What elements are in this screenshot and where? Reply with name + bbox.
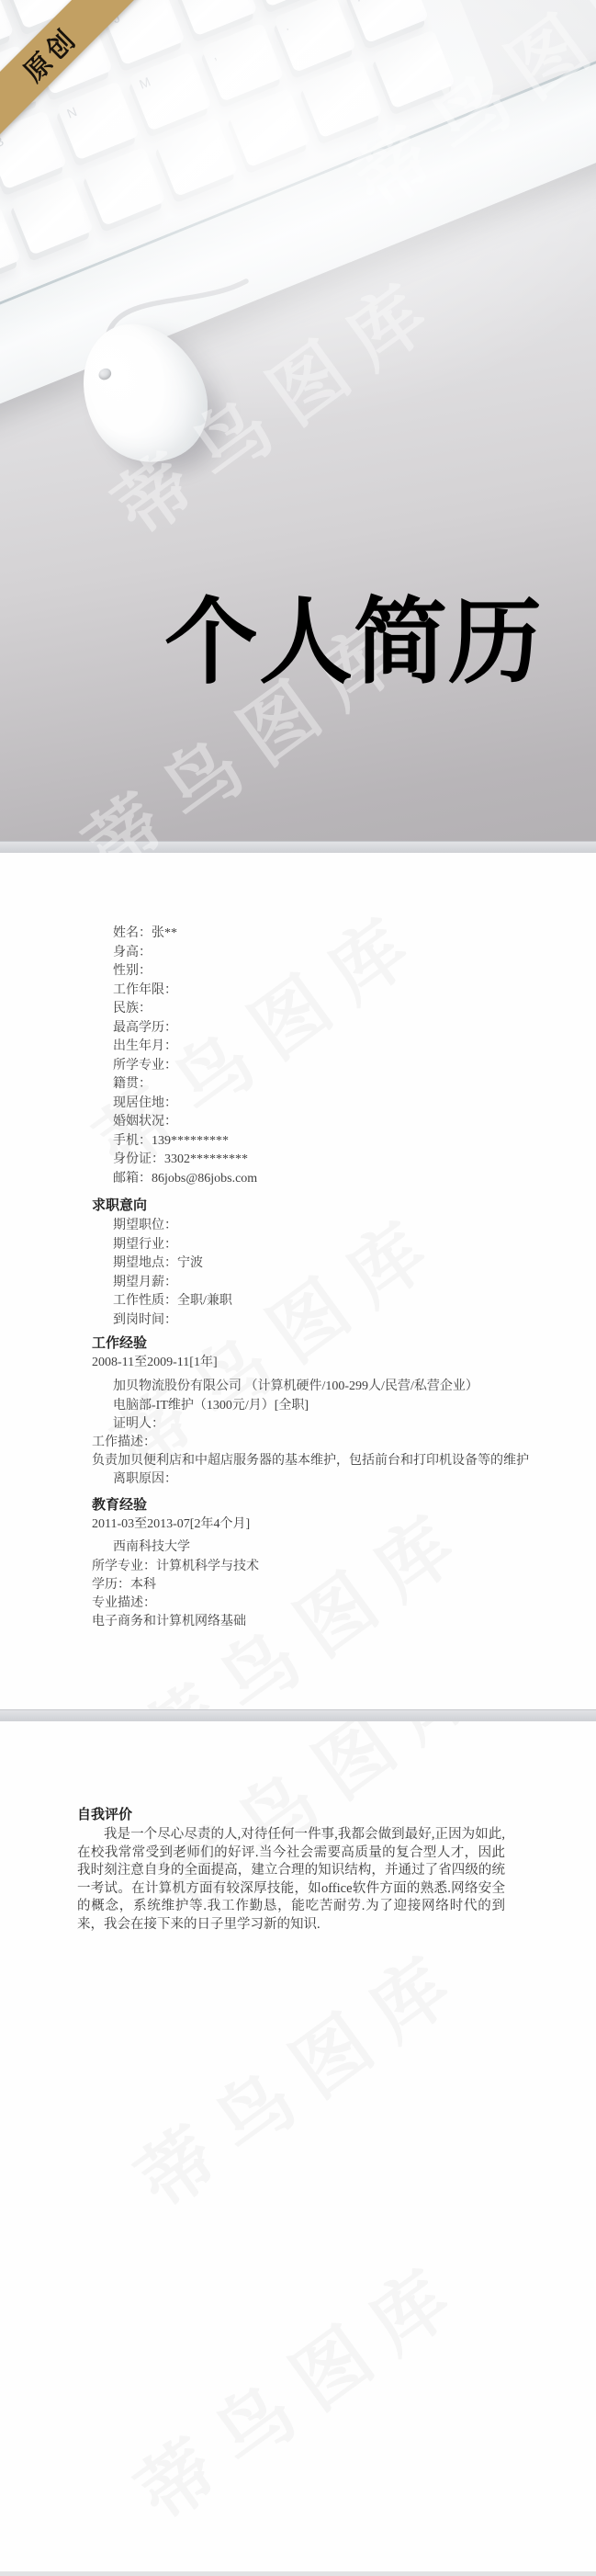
work-experience-period: 2008-11至2009-11[1年] — [92, 1354, 218, 1373]
personal-info-line: 民族： — [113, 1000, 257, 1019]
work-experience-company: 加贝物流股份有限公司 （计算机硬件/100-299人/民营/私营企业） — [113, 1378, 478, 1397]
personal-info-line: 邮箱：86jobs@86jobs.com — [113, 1170, 257, 1189]
work-description-label: 工作描述： — [92, 1434, 156, 1453]
page-divider — [0, 1709, 596, 1721]
personal-info-line: 现居住地： — [113, 1095, 257, 1114]
personal-info-line: 工作年限： — [113, 982, 257, 1001]
resume-page-2: 蒂鸟图库 蒂鸟图库 蒂鸟图库 自我评价 我是一个尽心尽责的人,对待任何一件事,我… — [0, 1721, 596, 2576]
work-experience-reference: 证明人： — [113, 1415, 164, 1435]
job-intention-header: 求职意向 — [92, 1197, 147, 1215]
keyboard-key — [83, 147, 166, 226]
keyboard-key — [299, 59, 383, 138]
personal-info-line: 出生年月： — [113, 1038, 257, 1057]
keyboard-key: , — [201, 23, 285, 102]
page-bottom-edge — [0, 2571, 596, 2576]
resume-template-page: 1234567890 QWERTYUIOP ASDFGHJKL; ZXCVBNM… — [0, 0, 596, 2576]
major-description: 电子商务和计算机网络基础 — [92, 1613, 246, 1632]
education-period: 2011-03至2013-07[2年4个月] — [92, 1515, 250, 1535]
education-major: 所学专业：计算机科学与技术 — [92, 1558, 259, 1577]
watermark: 蒂鸟图库 — [117, 1477, 489, 1709]
keyboard-key — [372, 29, 455, 108]
job-intention-line: 期望地点：宁波 — [113, 1254, 232, 1274]
personal-info-line: 婚姻状况： — [113, 1113, 257, 1132]
personal-info-list: 姓名：张**身高：性别：工作年限：民族：最高学历：出生年月：所学专业：籍贯：现居… — [113, 925, 257, 1188]
work-experience-header: 工作经验 — [92, 1334, 147, 1353]
job-intention-line: 工作性质：全职/兼职 — [113, 1292, 232, 1311]
keyboard-key — [10, 176, 94, 255]
photo-header: 1234567890 QWERTYUIOP ASDFGHJKL; ZXCVBNM… — [0, 0, 596, 853]
education-school: 西南科技大学 — [113, 1538, 190, 1558]
keyboard-key: . — [274, 0, 357, 73]
keyboard-key — [155, 118, 239, 197]
self-evaluation-header: 自我评价 — [77, 1806, 132, 1824]
keyboard-key: M — [129, 51, 212, 131]
watermark: 蒂鸟图库 — [112, 1918, 484, 2230]
personal-info-line: 手机：139********* — [113, 1132, 257, 1152]
education-degree: 学历：本科 — [92, 1576, 156, 1595]
personal-info-line: 身高： — [113, 944, 257, 963]
work-description: 负责加贝便利店和中超店服务器的基本维护，包括前台和打印机设备等的维护 — [92, 1452, 529, 1471]
major-description-label: 专业描述： — [92, 1594, 156, 1614]
job-intention-line: 期望职位： — [113, 1217, 232, 1236]
keyboard-key: N — [56, 81, 140, 160]
keyboard-key — [228, 88, 311, 167]
watermark: 蒂鸟图库 — [112, 2230, 484, 2542]
personal-info-line: 身份证：3302********* — [113, 1151, 257, 1170]
mouse-scroll-ball — [96, 367, 113, 382]
self-evaluation-content: 我是一个尽心尽责的人,对待任何一件事,我都会做到最好,正因为如此,在校我常常受到… — [77, 1826, 505, 1935]
personal-info-line: 籍贯： — [113, 1075, 257, 1095]
education-header: 教育经验 — [92, 1496, 147, 1515]
personal-info-line: 性别： — [113, 962, 257, 982]
leave-reason-label: 离职原因： — [113, 1470, 177, 1490]
personal-info-line: 所学专业： — [113, 1057, 257, 1076]
work-experience-position: 电脑部-IT维护（1300元/月）[全职] — [113, 1397, 309, 1416]
personal-info-line: 姓名：张** — [113, 925, 257, 944]
page-title: 个人简历 — [0, 590, 596, 695]
personal-info-line: 最高学历： — [113, 1019, 257, 1038]
section-divider — [0, 841, 596, 853]
job-intention-line: 期望月薪： — [113, 1274, 232, 1293]
job-intention-line: 到岗时间： — [113, 1311, 232, 1331]
job-intention-list: 期望职位：期望行业：期望地点：宁波期望月薪：工作性质：全职/兼职到岗时间： — [113, 1217, 232, 1330]
resume-page-1: 蒂鸟图库 蒂鸟图库 蒂鸟图库 姓名：张**身高：性别：工作年限：民族：最高学历：… — [0, 853, 596, 1709]
job-intention-line: 期望行业： — [113, 1236, 232, 1255]
